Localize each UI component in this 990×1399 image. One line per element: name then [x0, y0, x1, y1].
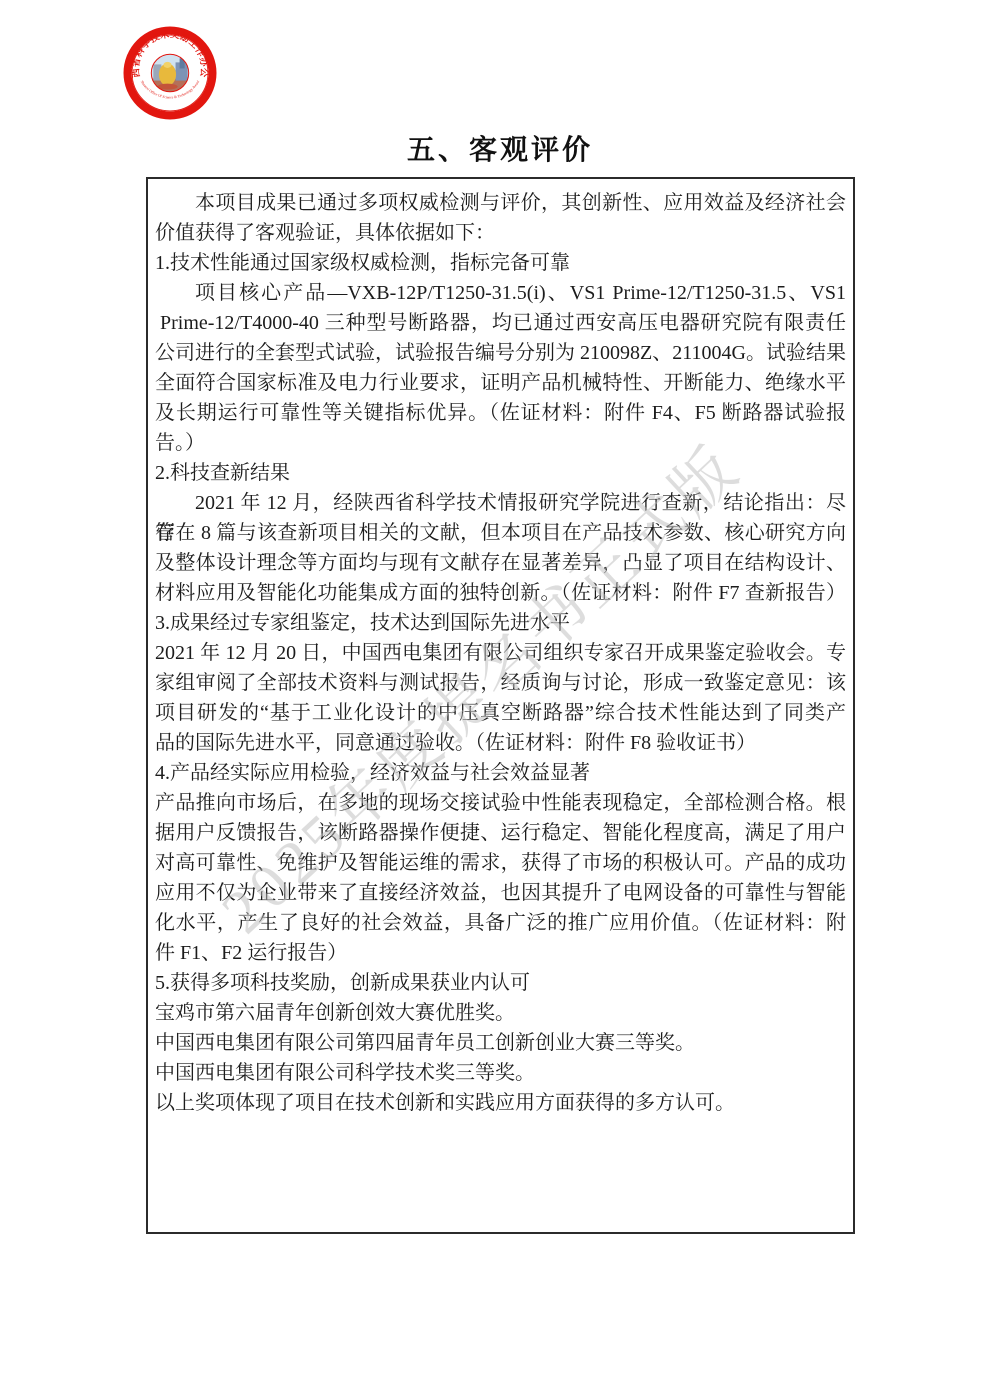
text-line: 中国西电集团有限公司第四届青年员工创新创业大赛三等奖。: [155, 1028, 846, 1058]
text-line: 2021 年 12 月 20 日，中国西电集团有限公司组织专家召开成果鉴定验收会…: [155, 638, 846, 668]
text-line: 据用户反馈报告，该断路器操作便捷、运行稳定、智能化程度高，满足了用户: [155, 818, 846, 848]
text-line: 以上奖项体现了项目在技术创新和实践应用方面获得的多方认可。: [155, 1088, 846, 1118]
text-line: 本项目成果已通过多项权威检测与评价，其创新性、应用效益及经济社会: [155, 188, 846, 218]
text-line: 存在 8 篇与该查新项目相关的文献，但本项目在产品技术参数、核心研究方向: [155, 518, 846, 548]
text-line: 材料应用及智能化功能集成方面的独特创新。（佐证材料：附件 F7 查新报告）: [155, 578, 846, 608]
document-box: 本项目成果已通过多项权威检测与评价，其创新性、应用效益及经济社会 价值获得了客观…: [146, 177, 855, 1234]
text-line: 2021 年 12 月，经陕西省科学技术情报研究学院进行查新，结论指出：尽管: [155, 488, 846, 518]
page-title: 五、客观评价: [146, 128, 854, 168]
text-line: 品的国际先进水平，同意通过验收。（佐证材料：附件 F8 验收证书）: [155, 728, 846, 758]
text-line: 产品推向市场后，在多地的现场交接试验中性能表现稳定，全部检测合格。根: [155, 788, 846, 818]
text-line: Prime-12/T4000-40 三种型号断路器，均已通过西安高压电器研究院有…: [155, 308, 846, 338]
text-line: 5.获得多项科技奖励，创新成果获业内认可: [155, 968, 846, 998]
text-line: 3.成果经过专家组鉴定，技术达到国际先进水平: [155, 608, 846, 638]
text-line: 中国西电集团有限公司科学技术奖三等奖。: [155, 1058, 846, 1088]
text-line: 告。）: [155, 428, 846, 458]
text-line: 4.产品经实际应用检验，经济效益与社会效益显著: [155, 758, 846, 788]
text-line: 应用不仅为企业带来了直接经济效益，也因其提升了电网设备的可靠性与智能: [155, 878, 846, 908]
text-line: 项目核心产品—VXB-12P/T1250-31.5(i)、VS1 Prime-1…: [155, 278, 846, 308]
text-line: 化水平，产生了良好的社会效益，具备广泛的推广应用价值。（佐证材料：附: [155, 908, 846, 938]
text-line: 1.技术性能通过国家级权威检测，指标完备可靠: [155, 248, 846, 278]
document-lines: 本项目成果已通过多项权威检测与评价，其创新性、应用效益及经济社会 价值获得了客观…: [155, 188, 846, 1118]
text-line: 件 F1、F2 运行报告）: [155, 938, 846, 968]
text-line: 全面符合国家标准及电力行业要求，证明产品机械特性、开断能力、绝缘水平: [155, 368, 846, 398]
text-line: 家组审阅了全部技术资料与测试报告，经质询与讨论，形成一致鉴定意见：该: [155, 668, 846, 698]
text-line: 项目研发的“基于工业化设计的中压真空断路器”综合技术性能达到了同类产: [155, 698, 846, 728]
text-line: 宝鸡市第六届青年创新创效大赛优胜奖。: [155, 998, 846, 1028]
text-line: 对高可靠性、免维护及智能运维的需求，获得了市场的积极认可。产品的成功: [155, 848, 846, 878]
award-office-seal: 陕西省科学技术奖励工作办公室 Shaanxi Office Of Science…: [123, 26, 217, 120]
text-line: 2.科技查新结果: [155, 458, 846, 488]
text-line: 及整体设计理念等方面均与现有文献存在显著差异，凸显了项目在结构设计、: [155, 548, 846, 578]
text-line: 及长期运行可靠性等关键指标优异。（佐证材料：附件 F4、F5 断路器试验报: [155, 398, 846, 428]
text-line: 公司进行的全套型式试验，试验报告编号分别为 210098Z、211004G。试验…: [155, 338, 846, 368]
page: { "page": { "title": "五、客观评价" }, "seal":…: [0, 0, 990, 1399]
seal-graphic: 陕西省科学技术奖励工作办公室 Shaanxi Office Of Science…: [123, 26, 217, 120]
text-line: 价值获得了客观验证，具体依据如下：: [155, 218, 846, 248]
